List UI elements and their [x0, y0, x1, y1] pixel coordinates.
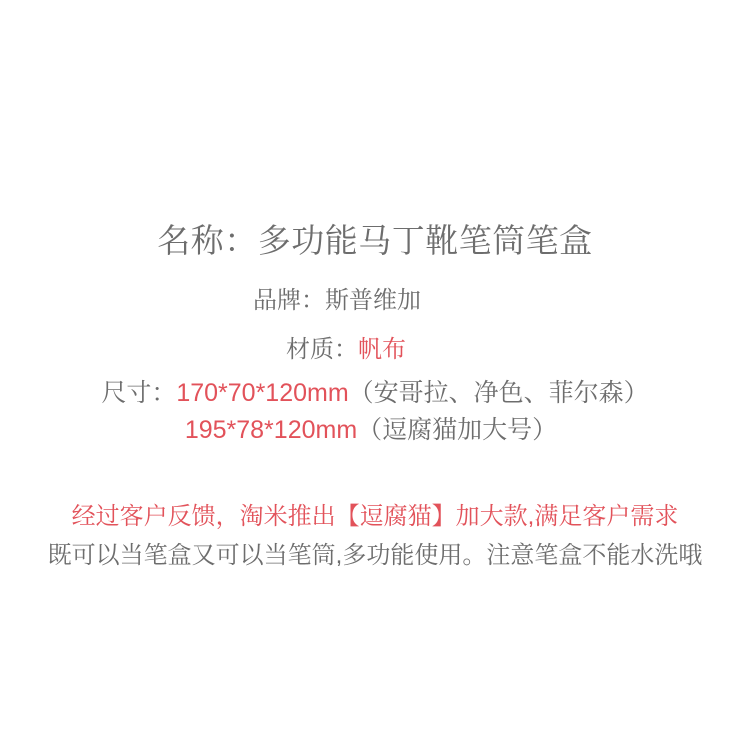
usage-note: 既可以当笔盒又可以当笔筒,多功能使用。注意笔盒不能水洗哦 [0, 542, 750, 570]
size-label: 尺寸： [101, 379, 176, 407]
material-value: 帆布 [358, 336, 406, 363]
size-primary-variants: （安哥拉、净色、菲尔森） [349, 379, 649, 407]
size-line-secondary: 195*78*120mm（逗腐猫加大号） [0, 416, 746, 445]
size-secondary-variants: （逗腐猫加大号） [357, 416, 557, 444]
size-secondary-dimensions: 195*78*120mm [185, 416, 357, 444]
brand-value: 斯普维加 [325, 287, 421, 314]
product-title-label: 名称： [157, 222, 258, 259]
size-line-primary: 尺寸：170*70*120mm（安哥拉、净色、菲尔森） [0, 379, 750, 408]
brand-label: 品牌： [253, 287, 325, 314]
material-line: 材质：帆布 [0, 336, 721, 364]
product-title-value: 多功能马丁靴笔筒笔盒 [258, 222, 593, 259]
size-primary-dimensions: 170*70*120mm [176, 379, 348, 407]
product-title: 名称：多功能马丁靴笔筒笔盒 [0, 222, 750, 260]
product-description-image: 名称：多功能马丁靴笔筒笔盒 品牌：斯普维加 材质：帆布 尺寸：170*70*12… [0, 0, 750, 750]
brand-line: 品牌：斯普维加 [0, 287, 712, 315]
material-label: 材质： [286, 336, 358, 363]
highlight-note: 经过客户反馈，淘米推出【逗腐猫】加大款,满足客户需求 [0, 503, 750, 531]
